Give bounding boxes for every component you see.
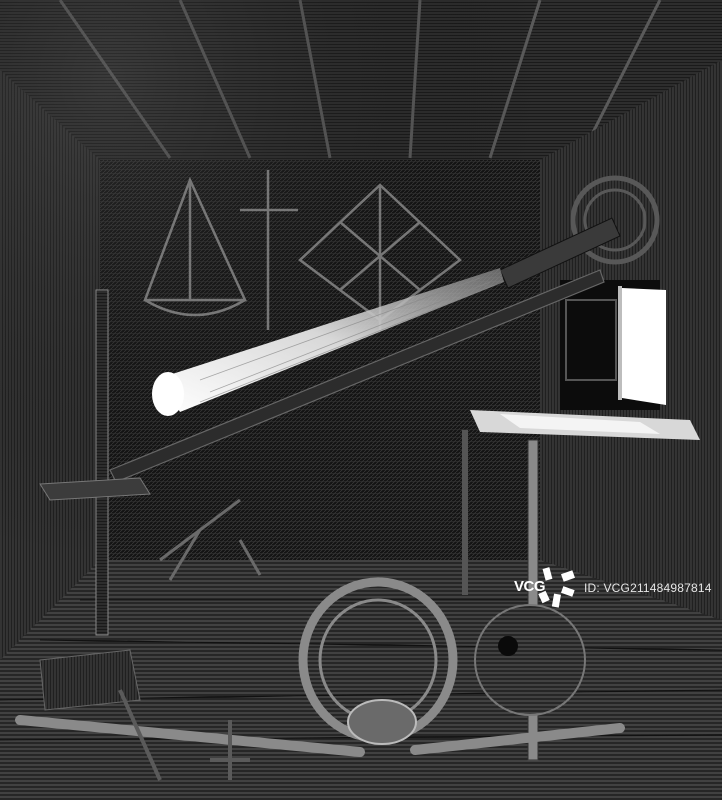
table-leg [462, 430, 468, 595]
vcg-burst-logo-icon [538, 566, 578, 610]
vcg-image-id: ID: VCG211484987814 [584, 581, 712, 595]
vcg-watermark: VCG ID: VCG211484987814 [512, 566, 712, 610]
globe-sphere [475, 605, 585, 715]
engraving-scene: VCG ID: VCG211484987814 [0, 0, 722, 800]
screw-post [96, 290, 108, 635]
engraving-artwork [0, 0, 722, 800]
projected-sun-disc [152, 372, 184, 416]
bright-window [622, 288, 666, 405]
vcg-logo: VCG [512, 566, 576, 610]
lens-disc [348, 700, 416, 744]
